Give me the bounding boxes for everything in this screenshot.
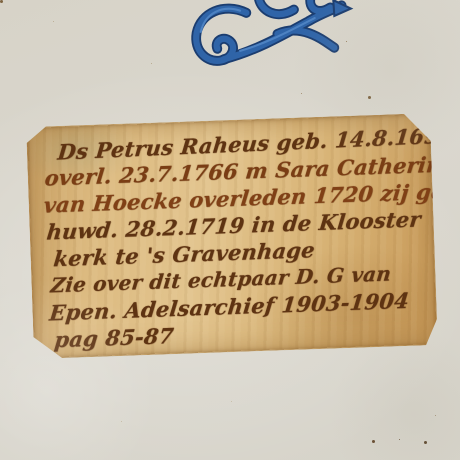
paper-label: Ds Petrus Raheus geb. 14.8.1692 overl. 2… [26,113,438,359]
glaze-specks [0,0,3,3]
cobalt-flourish-icon [178,0,354,72]
plate-photo: Ds Petrus Raheus geb. 14.8.1692 overl. 2… [0,0,460,460]
